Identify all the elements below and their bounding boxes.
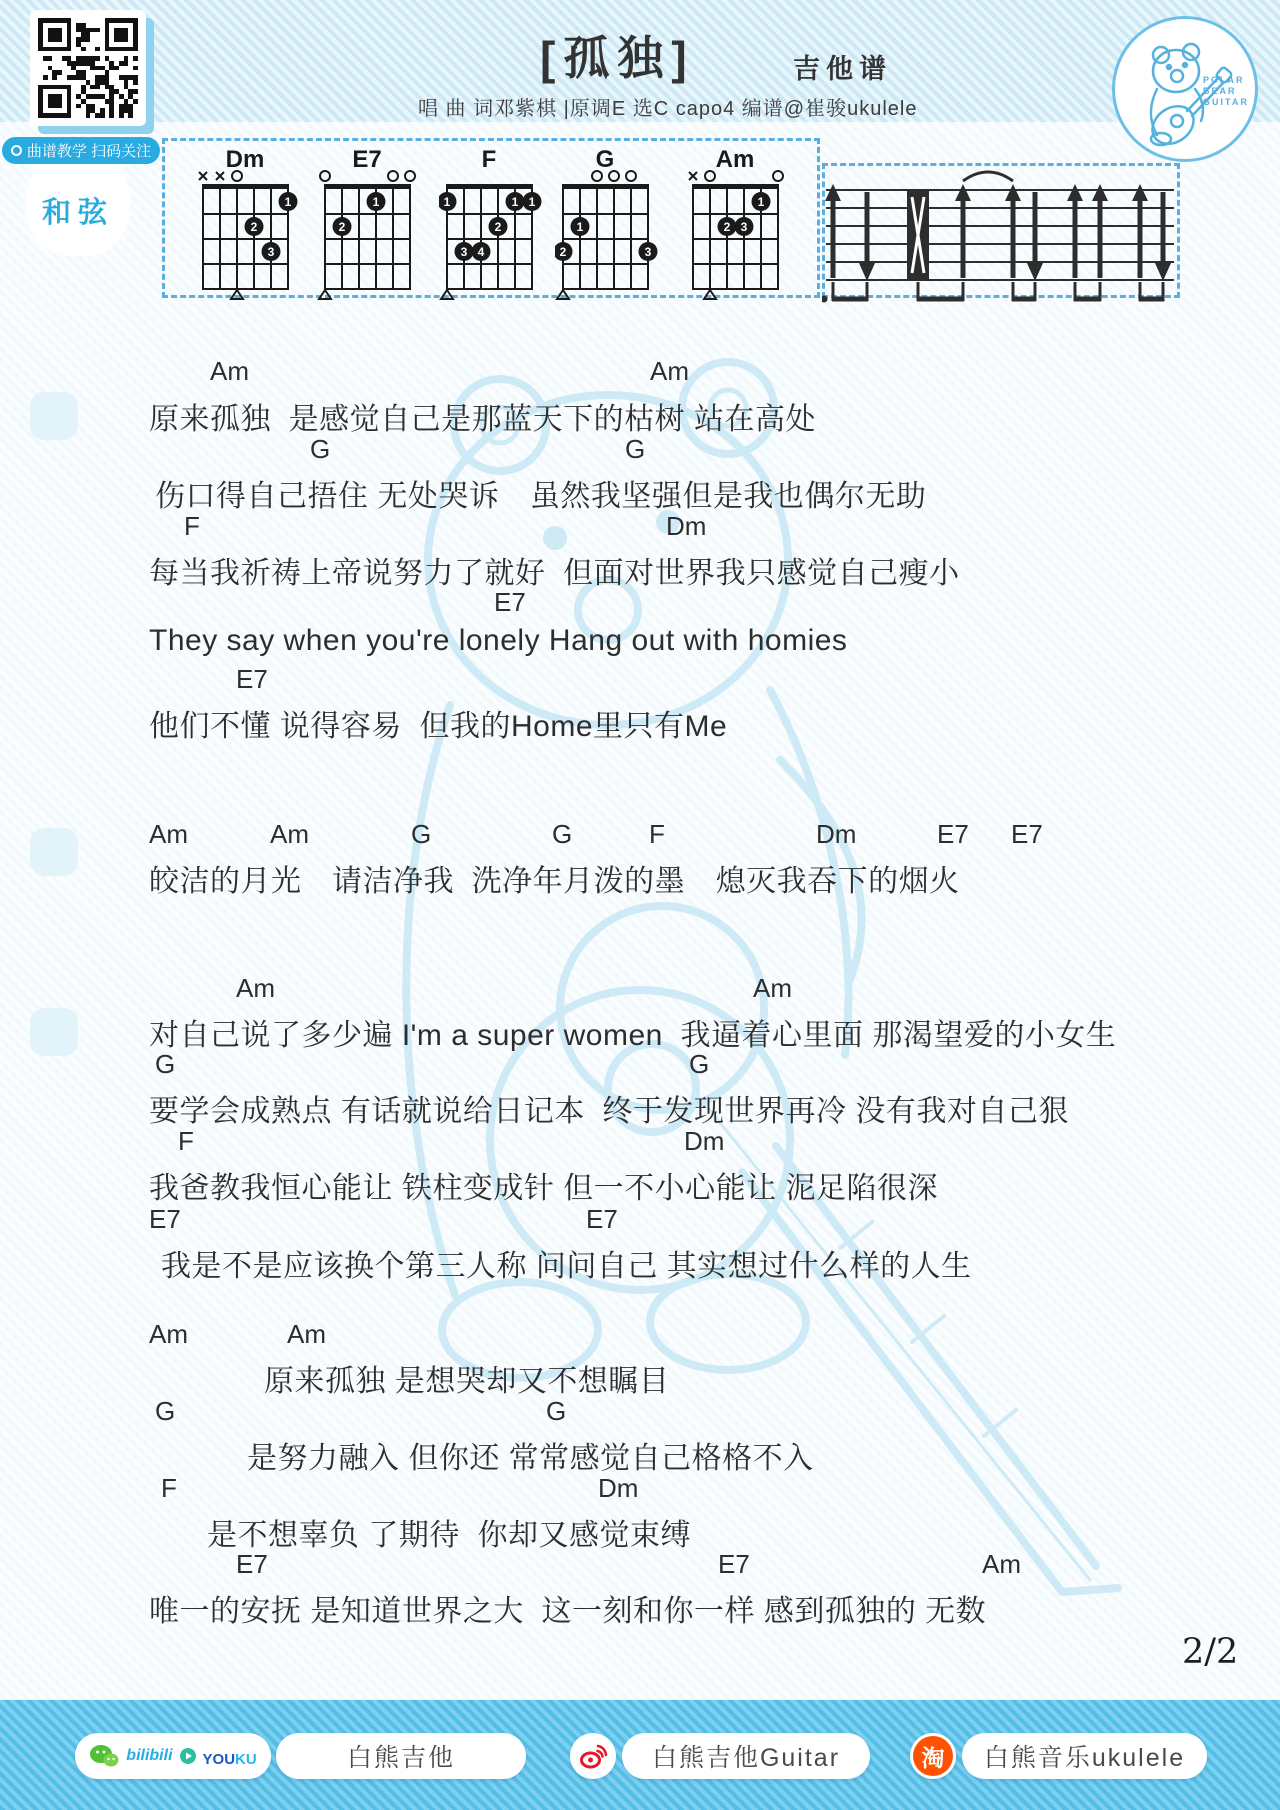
chord-label: F	[161, 1473, 177, 1504]
weibo-pill[interactable]: 白熊吉他Guitar	[622, 1733, 870, 1779]
chord-label: Dm	[684, 1126, 724, 1157]
qr-caption: 曲谱教学 扫码关注	[27, 140, 151, 161]
svg-text:3: 3	[268, 245, 275, 259]
lyric-line: 伤口得自己捂住 无处哭诉 虽然我坚强但是我也偶尔无助	[155, 471, 926, 515]
chord-label: G	[155, 1049, 175, 1080]
chord-label: G	[546, 1396, 566, 1427]
lyric-line: 对自己说了多少遍 I'm a super women 我逼着心里面 那渴望爱的小…	[149, 1010, 1116, 1054]
taobao-icon: 淘	[913, 1736, 953, 1776]
chord-label: Am	[210, 356, 249, 387]
chord-label: E7	[149, 1204, 181, 1235]
youku-play-icon[interactable]	[180, 1748, 196, 1764]
lyric-line: 我爸教我恒心能让 铁柱变成针 但一不小心能让 泥足陷很深	[149, 1163, 938, 1207]
chords-label-badge: 和弦	[26, 152, 130, 256]
svg-text:1: 1	[529, 195, 536, 209]
chord-label: Dm	[816, 819, 856, 850]
chord-label: Dm	[666, 511, 706, 542]
chord-label: Am	[270, 819, 309, 850]
bilibili-logo[interactable]: bilibili	[126, 1747, 172, 1765]
chord-label: G	[689, 1049, 709, 1080]
chord-label: E7	[494, 587, 526, 618]
lyric-line: 皎洁的月光 请洁净我 洗净年月泼的墨 熄灭我吞下的烟火	[149, 856, 960, 900]
lyric-line: 他们不懂 说得容易 但我的Home里只有Me	[149, 701, 727, 745]
page-title: [孤独]	[540, 22, 695, 88]
svg-text:3: 3	[645, 245, 652, 259]
wechat-icon[interactable]	[89, 1743, 119, 1769]
svg-text:3: 3	[741, 220, 748, 234]
svg-text:E7: E7	[352, 146, 381, 173]
chord-label: Am	[236, 973, 275, 1004]
chord-label: F	[184, 511, 200, 542]
lyric-line: They say when you're lonely Hang out wit…	[149, 624, 847, 658]
svg-text:G: G	[596, 146, 615, 173]
video-channels-pill[interactable]: bilibili YOUKU	[75, 1733, 271, 1779]
chord-label: Am	[287, 1319, 326, 1350]
chord-label: F	[178, 1126, 194, 1157]
svg-text:Am: Am	[716, 146, 755, 173]
chord-label: E7	[586, 1204, 618, 1235]
strum-staff	[822, 155, 1180, 307]
chord-label: F	[649, 819, 665, 850]
chord-label: G	[310, 434, 330, 465]
taobao-badge[interactable]: 淘	[910, 1733, 956, 1779]
chords-label: 和弦	[26, 190, 130, 231]
youku-logo[interactable]: YOUKU	[203, 1742, 257, 1771]
svg-text:2: 2	[495, 220, 502, 234]
chord-label: G	[552, 819, 572, 850]
page-number: 2/2	[1182, 1632, 1238, 1672]
chord-label: G	[411, 819, 431, 850]
scan-target-icon	[11, 145, 22, 156]
chord-label: E7	[236, 664, 268, 695]
chord-label: Dm	[598, 1473, 638, 1504]
chord-label: E7	[937, 819, 969, 850]
chord-diagram-G: G123	[555, 143, 659, 301]
svg-text:2: 2	[251, 220, 258, 234]
chord-label: E7	[236, 1549, 268, 1580]
svg-text:2: 2	[724, 220, 731, 234]
chord-label: E7	[718, 1549, 750, 1580]
channel-label: 白熊吉他	[347, 1738, 455, 1774]
weibo-badge[interactable]	[570, 1733, 616, 1779]
chord-label: Am	[149, 819, 188, 850]
svg-text:3: 3	[461, 245, 468, 259]
chord-diagram-Dm: Dm123	[195, 143, 299, 301]
chord-diagram-E7: E712	[317, 143, 421, 301]
chord-label: Am	[982, 1549, 1021, 1580]
svg-text:Dm: Dm	[226, 146, 265, 173]
chord-diagram-F: F111234	[439, 143, 543, 301]
lyric-line: 唯一的安抚 是知道世界之大 这一刻和你一样 感到孤独的 无数	[149, 1586, 986, 1630]
taobao-label: 白熊音乐ukulele	[984, 1738, 1185, 1774]
chord-diagram-Am: Am123	[685, 143, 789, 301]
weibo-label: 白熊吉他Guitar	[652, 1738, 840, 1774]
lyric-line: 每当我祈祷上帝说努力了就好 但面对世界我只感觉自己瘦小	[149, 548, 960, 592]
svg-text:1: 1	[285, 195, 292, 209]
chord-diagrams-panel: Dm123E712F111234G123Am123	[162, 138, 820, 298]
chord-label: E7	[1011, 819, 1043, 850]
lyric-line: 我是不是应该换个第三人称 问问自己 其实想过什么样的人生	[161, 1241, 972, 1285]
logo-text: POLAR BEAR GUITAR	[1203, 75, 1249, 108]
svg-text:F: F	[482, 146, 497, 173]
credits-line: 唱 曲 词邓紫棋 |原调E 选C capo4 编谱@崔骏ukulele	[418, 92, 918, 121]
chord-label: G	[155, 1396, 175, 1427]
sheet-page: 曲谱教学 扫码关注 [孤独] 吉他谱 唱 曲 词邓紫棋 |原调E 选C capo…	[0, 0, 1280, 1810]
chord-label: Am	[753, 973, 792, 1004]
qr-caption-pill: 曲谱教学 扫码关注	[2, 137, 160, 164]
taobao-pill[interactable]: 白熊音乐ukulele	[962, 1733, 1207, 1779]
qr-code	[30, 10, 146, 126]
svg-text:1: 1	[512, 195, 519, 209]
chord-label: Am	[149, 1319, 188, 1350]
page-subtitle: 吉他谱	[793, 47, 892, 86]
lyric-line: 是不想辜负 了期待 你却又感觉束缚	[207, 1510, 691, 1554]
channel-pill-guitar[interactable]: 白熊吉他	[276, 1733, 526, 1779]
chord-label: Am	[650, 356, 689, 387]
lyric-line: 要学会成熟点 有话就说给日记本 终于发现世界再冷 没有我对自己狠	[149, 1086, 1069, 1130]
svg-text:2: 2	[560, 245, 567, 259]
svg-text:1: 1	[444, 195, 451, 209]
chord-label: G	[625, 434, 645, 465]
svg-text:2: 2	[339, 220, 346, 234]
svg-text:4: 4	[478, 245, 485, 259]
lyric-line: 原来孤独 是想哭却又不想瞩目	[264, 1356, 669, 1400]
svg-text:1: 1	[577, 220, 584, 234]
lyric-line: 是努力融入 但你还 常常感觉自己格格不入	[247, 1433, 814, 1477]
svg-text:1: 1	[373, 195, 380, 209]
lyric-line: 原来孤独 是感觉自己是那蓝天下的枯树 站在高处	[149, 394, 816, 438]
weibo-icon	[578, 1741, 608, 1771]
svg-text:1: 1	[758, 195, 765, 209]
polar-bear-logo: POLAR BEAR GUITAR	[1112, 16, 1258, 162]
